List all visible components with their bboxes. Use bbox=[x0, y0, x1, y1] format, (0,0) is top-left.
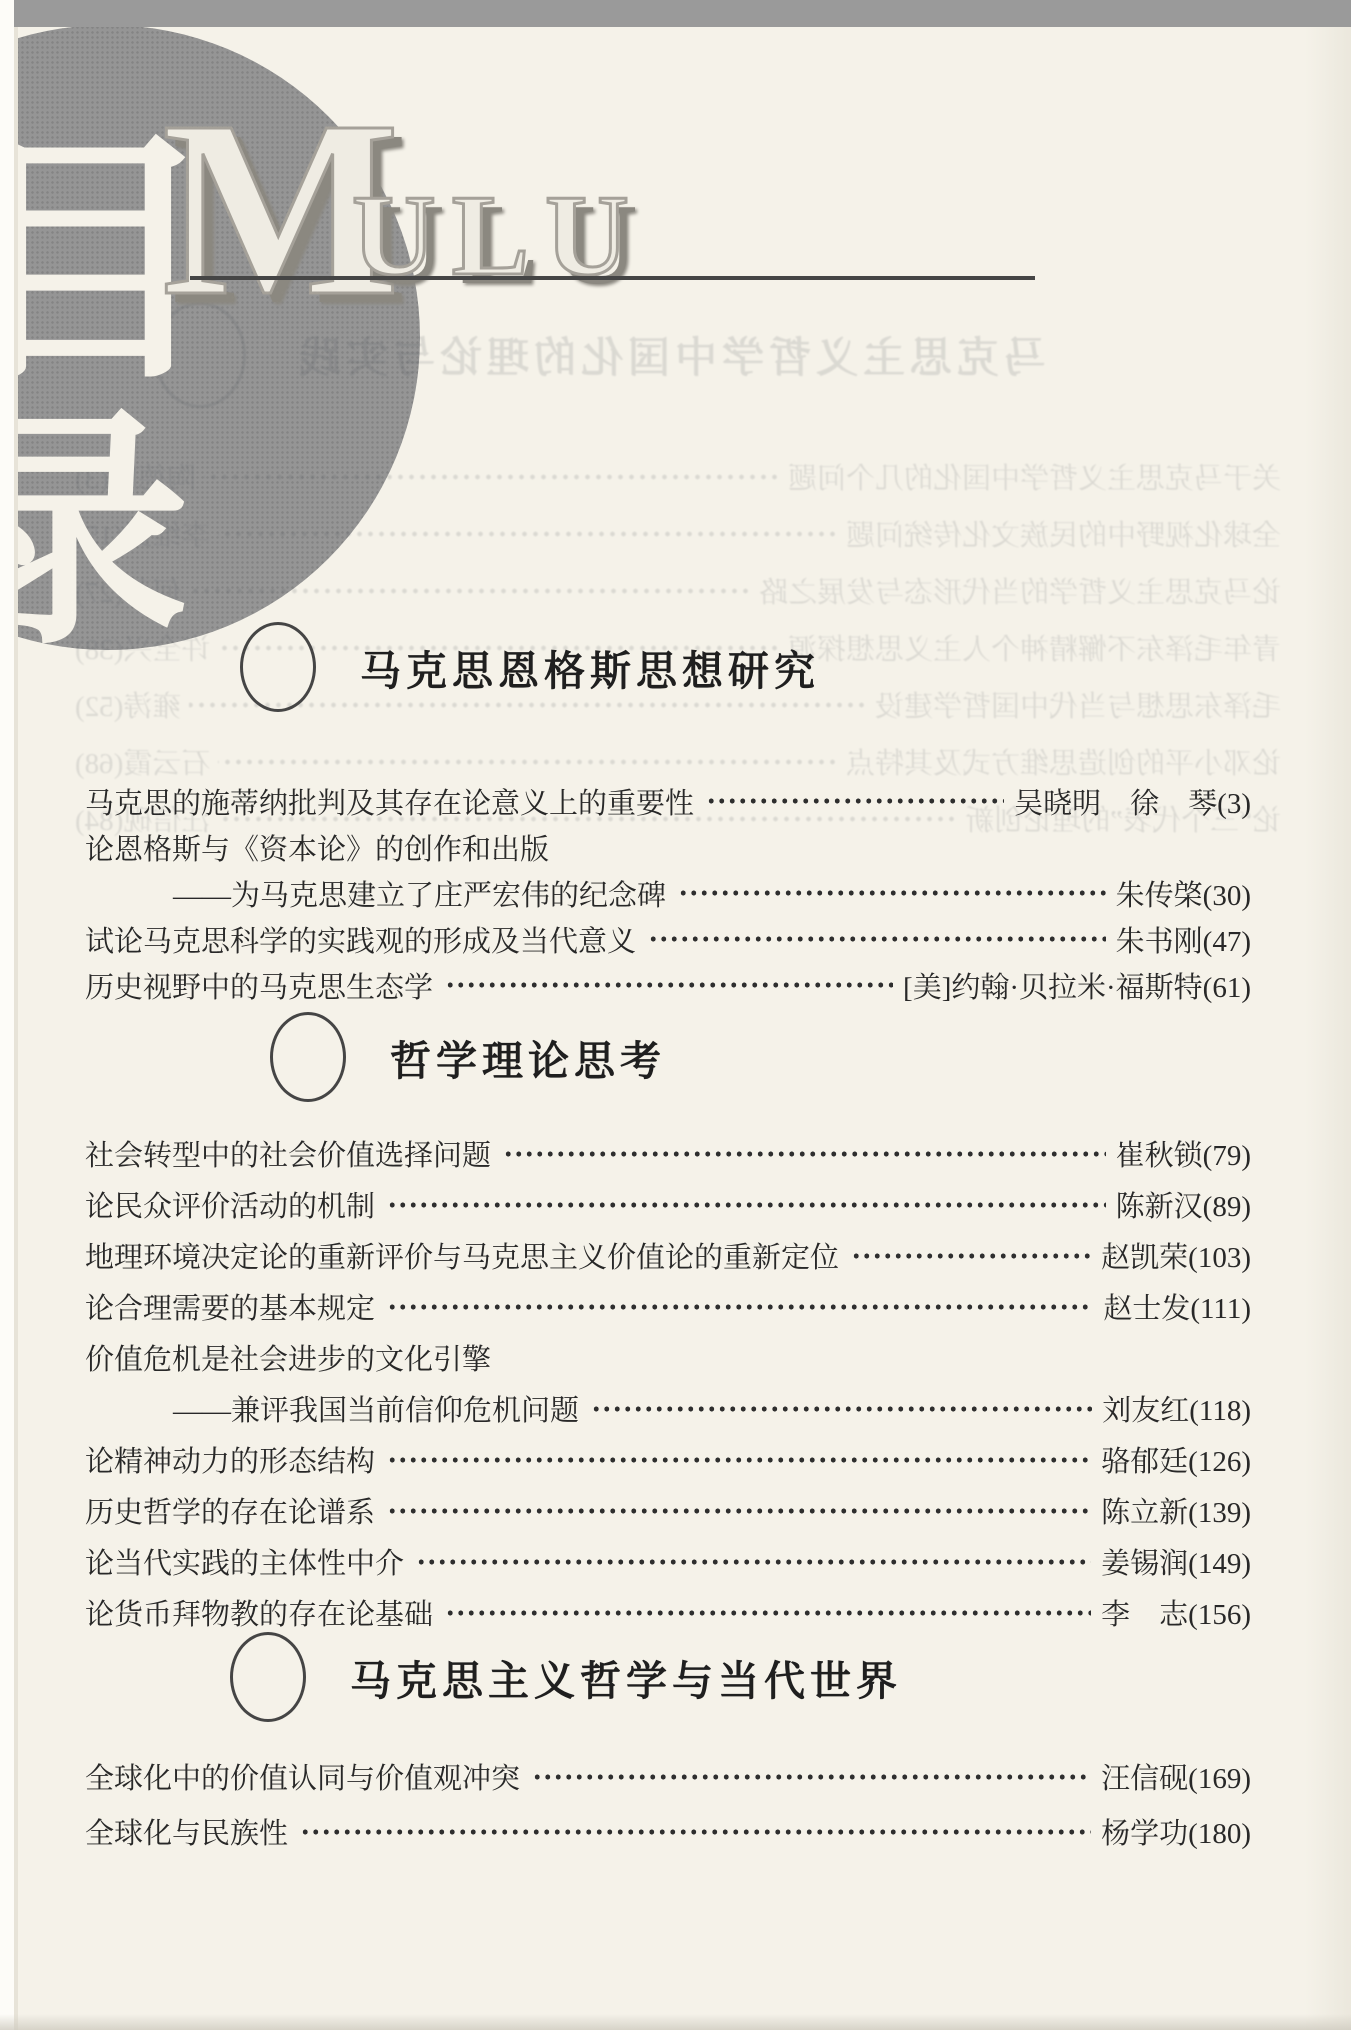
bleed-dot-leader bbox=[218, 505, 838, 562]
dot-leader bbox=[385, 1434, 1091, 1485]
toc-entry: 论当代实践的主体性中介姜锡润(149) bbox=[85, 1536, 1251, 1587]
entry-title: 全球化中的价值认同与价值观冲突 bbox=[85, 1756, 520, 1797]
section-title: 马克思恩格斯思想研究 bbox=[360, 638, 820, 697]
entry-author-page: 刘友红(118) bbox=[1102, 1388, 1251, 1429]
bleed-entry: 论马克思主义哲学的当代形态与发展之路何萍(27) bbox=[75, 562, 1281, 619]
page-left-edge bbox=[0, 0, 22, 2030]
section-title: 马克思主义哲学与当代世界 bbox=[350, 1648, 902, 1707]
bleed-entry: 关于马克思主义哲学中国化的几个问题陶德麟(3) bbox=[75, 448, 1281, 505]
dot-leader bbox=[385, 1179, 1106, 1230]
entry-title: 论当代实践的主体性中介 bbox=[85, 1541, 404, 1582]
bleed-entry-title: 关于马克思主义哲学中国化的几个问题 bbox=[788, 456, 1281, 497]
entry-title: ——为马克思建立了庄严宏伟的纪念碑 bbox=[85, 873, 666, 914]
bleed-entry-title: 论马克思主义哲学的当代形态与发展之路 bbox=[759, 570, 1281, 611]
toc-entry: 全球化与民族性杨学功(180) bbox=[85, 1804, 1251, 1859]
toc-section: 马克思恩格斯思想研究马克思的施蒂纳批判及其存在论意义上的重要性吴晓明 徐 琴(3… bbox=[85, 622, 1251, 1008]
toc-entry: 价值危机是社会进步的文化引擎 bbox=[85, 1332, 1251, 1383]
entry-author-page: 陈立新(139) bbox=[1101, 1490, 1251, 1531]
toc-entry: 论民众评价活动的机制陈新汉(89) bbox=[85, 1179, 1251, 1230]
entry-title: 论合理需要的基本规定 bbox=[85, 1286, 375, 1327]
toc-entry: 历史视野中的马克思生态学[美]约翰·贝拉米·福斯特(61) bbox=[85, 962, 1251, 1008]
bleed-section-title: 马克思主义哲学中国化的理论与实践 bbox=[294, 325, 1046, 385]
entry-title: 论货币拜物教的存在论基础 bbox=[85, 1592, 433, 1633]
entry-author-page: 赵士发(111) bbox=[1103, 1286, 1251, 1327]
dot-leader bbox=[501, 1128, 1106, 1179]
dot-leader bbox=[443, 1587, 1091, 1638]
bleed-dot-leader bbox=[204, 448, 780, 505]
toc-section: 哲学理论思考社会转型中的社会价值选择问题崔秋锁(79)论民众评价活动的机制陈新汉… bbox=[85, 1012, 1251, 1638]
bleed-entry: 全球化视野中的民族文化传统问题李维武(15) bbox=[75, 505, 1281, 562]
mulu-logo-char-lu: 录 bbox=[0, 408, 190, 658]
toc-entry: 论恩格斯与《资本论》的创作和出版 bbox=[85, 824, 1251, 870]
section-header: 马克思恩格斯思想研究 bbox=[85, 622, 1251, 712]
entry-title: 论精神动力的形态结构 bbox=[85, 1439, 375, 1480]
scanned-toc-page: 目 录 M ULU 马克思主义哲学中国化的理论与实践关于马克思主义哲学中国化的几… bbox=[0, 0, 1351, 2030]
bleed-dot-leader bbox=[189, 562, 751, 619]
dot-leader bbox=[676, 870, 1106, 916]
section-bullet-circle bbox=[230, 1632, 306, 1722]
dot-leader bbox=[385, 1485, 1091, 1536]
bleed-entry-title: 全球化视野中的民族文化传统问题 bbox=[846, 513, 1281, 554]
dot-leader bbox=[646, 916, 1106, 962]
entry-title: 历史视野中的马克思生态学 bbox=[85, 965, 433, 1006]
entry-author-page: 汪信砚(169) bbox=[1101, 1756, 1251, 1797]
entry-author-page: 崔秋锁(79) bbox=[1116, 1133, 1251, 1174]
toc-entry: 论货币拜物教的存在论基础李 志(156) bbox=[85, 1587, 1251, 1638]
entry-author-page: 姜锡润(149) bbox=[1101, 1541, 1251, 1582]
toc-entry: 全球化中的价值认同与价值观冲突汪信砚(169) bbox=[85, 1749, 1251, 1804]
page-bottom-shadow bbox=[0, 2014, 1351, 2030]
section-bullet-circle bbox=[240, 622, 316, 712]
toc-entry: 地理环境决定论的重新评价与马克思主义价值论的重新定位赵凯荣(103) bbox=[85, 1230, 1251, 1281]
dot-leader bbox=[589, 1383, 1092, 1434]
entry-author-page: [美]约翰·贝拉米·福斯特(61) bbox=[903, 965, 1251, 1006]
entry-title: 地理环境决定论的重新评价与马克思主义价值论的重新定位 bbox=[85, 1235, 839, 1276]
entry-author-page: 陈新汉(89) bbox=[1116, 1184, 1251, 1225]
entry-title: 全球化与民族性 bbox=[85, 1811, 288, 1852]
entry-author-page: 骆郁廷(126) bbox=[1101, 1439, 1251, 1480]
section-bullet-circle bbox=[270, 1012, 346, 1102]
entry-title: 论民众评价活动的机制 bbox=[85, 1184, 375, 1225]
dot-leader bbox=[385, 1281, 1093, 1332]
toc-entry: 历史哲学的存在论谱系陈立新(139) bbox=[85, 1485, 1251, 1536]
section-header: 马克思主义哲学与当代世界 bbox=[85, 1632, 1251, 1722]
section-rows: 全球化中的价值认同与价值观冲突汪信砚(169)全球化与民族性杨学功(180) bbox=[85, 1749, 1251, 1859]
dot-leader bbox=[530, 1749, 1091, 1804]
dot-leader bbox=[298, 1804, 1091, 1859]
dot-leader bbox=[414, 1536, 1091, 1587]
section-rows: 马克思的施蒂纳批判及其存在论意义上的重要性吴晓明 徐 琴(3)论恩格斯与《资本论… bbox=[85, 778, 1251, 1008]
dot-leader bbox=[704, 778, 1004, 824]
toc-entry: 社会转型中的社会价值选择问题崔秋锁(79) bbox=[85, 1128, 1251, 1179]
entry-author-page: 李 志(156) bbox=[1101, 1592, 1251, 1633]
toc-entry: 马克思的施蒂纳批判及其存在论意义上的重要性吴晓明 徐 琴(3) bbox=[85, 778, 1251, 824]
entry-author-page: 吴晓明 徐 琴(3) bbox=[1014, 781, 1251, 822]
entry-title: 论恩格斯与《资本论》的创作和出版 bbox=[85, 827, 549, 868]
entry-title: 试论马克思科学的实践观的形成及当代意义 bbox=[85, 919, 636, 960]
dot-leader bbox=[443, 962, 893, 1008]
entry-title: 历史哲学的存在论谱系 bbox=[85, 1490, 375, 1531]
section-header: 哲学理论思考 bbox=[85, 1012, 1251, 1102]
toc-entry: ——兼评我国当前信仰危机问题刘友红(118) bbox=[85, 1383, 1251, 1434]
entry-title: ——兼评我国当前信仰危机问题 bbox=[85, 1388, 579, 1429]
entry-author-page: 朱传棨(30) bbox=[1116, 873, 1251, 914]
entry-author-page: 朱书刚(47) bbox=[1116, 919, 1251, 960]
toc-entry: 试论马克思科学的实践观的形成及当代意义朱书刚(47) bbox=[85, 916, 1251, 962]
toc-entry: ——为马克思建立了庄严宏伟的纪念碑朱传棨(30) bbox=[85, 870, 1251, 916]
section-rows: 社会转型中的社会价值选择问题崔秋锁(79)论民众评价活动的机制陈新汉(89)地理… bbox=[85, 1128, 1251, 1638]
page-right-shadow bbox=[1305, 0, 1351, 2030]
dot-leader bbox=[849, 1230, 1091, 1281]
entry-author-page: 赵凯荣(103) bbox=[1101, 1235, 1251, 1276]
section-title: 哲学理论思考 bbox=[390, 1028, 666, 1087]
toc-entry: 论精神动力的形态结构骆郁廷(126) bbox=[85, 1434, 1251, 1485]
scan-edge-band bbox=[14, 0, 1351, 27]
entry-author-page: 杨学功(180) bbox=[1101, 1811, 1251, 1852]
toc-section: 马克思主义哲学与当代世界全球化中的价值认同与价值观冲突汪信砚(169)全球化与民… bbox=[85, 1632, 1251, 1859]
entry-title: 马克思的施蒂纳批判及其存在论意义上的重要性 bbox=[85, 781, 694, 822]
entry-title: 社会转型中的社会价值选择问题 bbox=[85, 1133, 491, 1174]
entry-title: 价值危机是社会进步的文化引擎 bbox=[85, 1337, 491, 1378]
toc-entry: 论合理需要的基本规定赵士发(111) bbox=[85, 1281, 1251, 1332]
masthead-rule bbox=[190, 276, 1035, 280]
